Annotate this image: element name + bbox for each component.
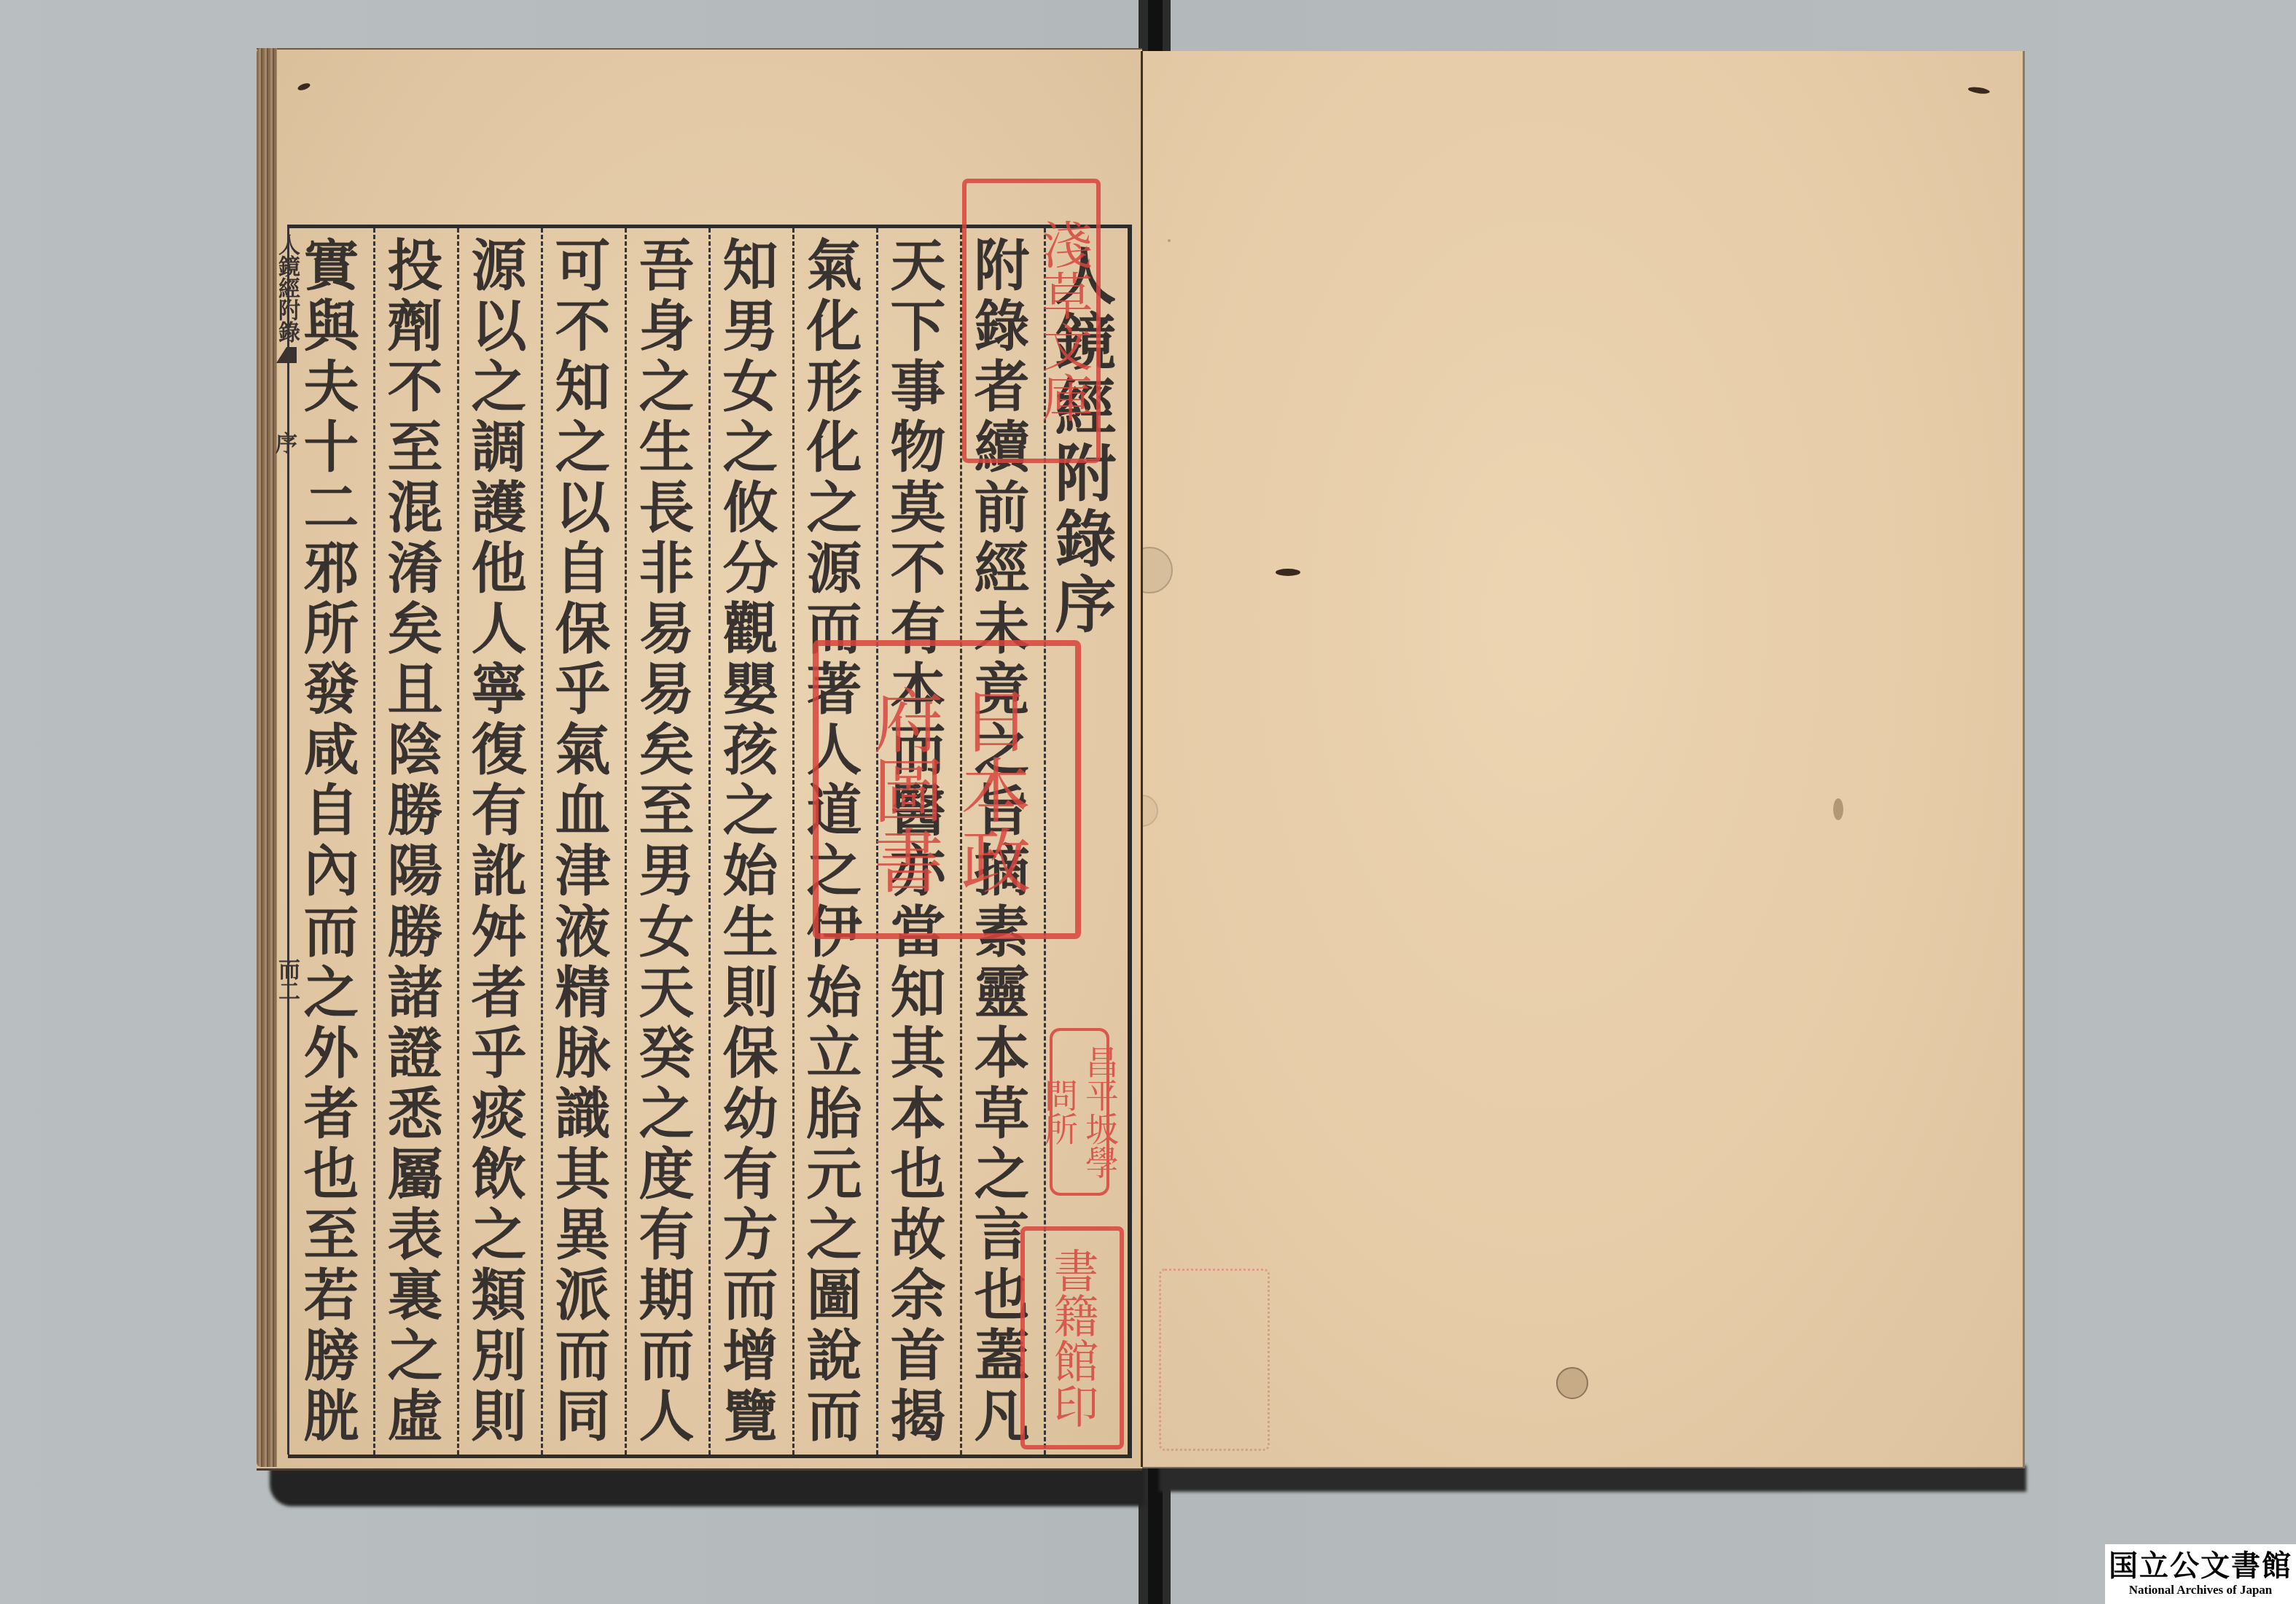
character: 女 <box>723 358 778 416</box>
character: 屬 <box>388 1145 443 1204</box>
character: 吾 <box>639 237 695 295</box>
character: 首 <box>891 1327 946 1385</box>
logo-japanese-text: 国立公文書館 <box>2109 1550 2292 1582</box>
character: 津 <box>555 842 611 900</box>
character: 十 <box>304 418 359 477</box>
character: 幼 <box>723 1085 778 1143</box>
character: 投 <box>388 237 443 295</box>
character: 始 <box>723 842 778 900</box>
character: 長 <box>639 479 695 537</box>
character: 悉 <box>388 1085 443 1143</box>
character: 精 <box>555 964 611 1022</box>
character: 則 <box>472 1387 527 1446</box>
character: 則 <box>723 964 778 1022</box>
character: 可 <box>555 237 611 295</box>
text-column: 投劑不至混淆矣且陰勝陽勝諸證悉屬表裏之虛 <box>373 228 457 1455</box>
character: 之 <box>304 964 359 1022</box>
character: 血 <box>555 782 611 840</box>
character: 前 <box>975 479 1030 537</box>
character: 期 <box>639 1266 695 1325</box>
character: 之 <box>975 1145 1030 1204</box>
right-page <box>1142 51 2025 1468</box>
character: 知 <box>555 358 611 416</box>
character: 自 <box>304 782 359 840</box>
character: 始 <box>807 964 862 1022</box>
character: 復 <box>472 721 527 779</box>
character: 不 <box>388 358 443 416</box>
character: 至 <box>388 418 443 477</box>
text-column: 知男女之攸分觀嬰孩之始生則保幼有方而增覽 <box>708 228 792 1455</box>
character: 女 <box>639 903 695 962</box>
character: 元 <box>807 1145 862 1204</box>
character: 同 <box>555 1387 611 1446</box>
character: 之 <box>807 1206 862 1264</box>
character: 而 <box>304 903 359 962</box>
character: 之 <box>472 1206 527 1264</box>
text-column: 吾身之生長非易易矣至男女天癸之度有期而人 <box>625 228 708 1455</box>
character: 之 <box>639 1085 695 1143</box>
character: 而 <box>555 1327 611 1385</box>
character: 經 <box>975 540 1030 598</box>
character: 不 <box>891 540 946 598</box>
character: 本 <box>975 1024 1030 1083</box>
text-column: 可不知之以自保乎氣血津液精脉識其異派而同 <box>541 228 625 1455</box>
character: 表 <box>388 1206 443 1264</box>
character: 之 <box>723 782 778 840</box>
character: 實 <box>304 237 359 295</box>
character: 而 <box>723 1266 778 1325</box>
character: 護 <box>472 479 527 537</box>
character: 異 <box>555 1206 611 1264</box>
character: 也 <box>304 1145 359 1204</box>
character: 陽 <box>388 842 443 900</box>
character: 若 <box>304 1266 359 1325</box>
character: 胱 <box>304 1387 359 1446</box>
character: 內 <box>304 842 359 900</box>
character: 且 <box>388 661 443 719</box>
character: 度 <box>639 1145 695 1204</box>
character: 有 <box>639 1206 695 1264</box>
character: 以 <box>472 297 527 356</box>
character: 劑 <box>388 297 443 356</box>
character: 裏 <box>388 1266 443 1325</box>
character: 天 <box>639 964 695 1022</box>
character: 諸 <box>388 964 443 1022</box>
character: 脉 <box>555 1024 611 1083</box>
character: 不 <box>555 297 611 356</box>
character: 草 <box>975 1085 1030 1143</box>
character: 余 <box>891 1266 946 1325</box>
character: 增 <box>723 1327 778 1385</box>
character: 邪 <box>304 540 359 598</box>
character: 觀 <box>723 600 778 658</box>
character: 之 <box>723 418 778 477</box>
character: 之 <box>472 358 527 416</box>
character: 方 <box>723 1206 778 1264</box>
character: 訛 <box>472 842 527 900</box>
character: 男 <box>723 297 778 356</box>
character: 立 <box>807 1024 862 1083</box>
logo-english-text: National Archives of Japan <box>2129 1582 2273 1598</box>
character: 知 <box>723 237 778 295</box>
seal-asakusa-bunko: 淺草文庫 <box>962 179 1101 463</box>
character: 者 <box>304 1085 359 1143</box>
character: 夫 <box>304 358 359 416</box>
character: 淆 <box>388 540 443 598</box>
character: 非 <box>639 540 695 598</box>
character: 本 <box>891 1085 946 1143</box>
character: 咸 <box>304 721 359 779</box>
character: 生 <box>723 903 778 962</box>
page-shadow-right <box>1159 1465 2026 1492</box>
character: 以 <box>555 479 611 537</box>
character: 保 <box>723 1024 778 1083</box>
character: 身 <box>639 297 695 356</box>
character: 之 <box>807 479 862 537</box>
national-archives-logo: 国立公文書館 National Archives of Japan <box>2105 1544 2296 1604</box>
text-column: 實與夫十二邪所發咸自內而之外者也至若膀胱 <box>289 228 373 1455</box>
character: 矣 <box>388 600 443 658</box>
text-column: 源以之調護他人寧復有訛舛者乎痰飲之類別則 <box>457 228 541 1455</box>
character: 其 <box>555 1145 611 1204</box>
character: 所 <box>304 600 359 658</box>
character: 有 <box>472 782 527 840</box>
wormhole-mark <box>1276 569 1300 576</box>
character: 至 <box>304 1206 359 1264</box>
character: 與 <box>304 297 359 356</box>
character: 知 <box>891 964 946 1022</box>
character: 膀 <box>304 1327 359 1385</box>
character: 分 <box>723 540 778 598</box>
character: 識 <box>555 1085 611 1143</box>
character: 而 <box>807 1387 862 1446</box>
character: 天 <box>891 237 946 295</box>
character: 矣 <box>639 721 695 779</box>
character: 其 <box>891 1024 946 1083</box>
character: 靈 <box>975 964 1030 1022</box>
character: 人 <box>639 1387 695 1446</box>
character: 痰 <box>472 1085 527 1143</box>
character: 覽 <box>723 1387 778 1446</box>
character: 有 <box>723 1145 778 1204</box>
character: 而 <box>639 1327 695 1385</box>
character: 之 <box>639 358 695 416</box>
seal-faint-offset <box>1159 1269 1270 1451</box>
character: 乎 <box>472 1024 527 1083</box>
character: 證 <box>388 1024 443 1083</box>
character: 類 <box>472 1266 527 1325</box>
character: 外 <box>304 1024 359 1083</box>
character: 氣 <box>807 237 862 295</box>
character: 攸 <box>723 479 778 537</box>
character: 發 <box>304 661 359 719</box>
character: 自 <box>555 540 611 598</box>
character: 之 <box>555 418 611 477</box>
character: 也 <box>891 1145 946 1204</box>
character: 易 <box>639 661 695 719</box>
character: 形 <box>807 358 862 416</box>
page-shadow-left <box>270 1465 1144 1506</box>
character: 陰 <box>388 721 443 779</box>
character: 男 <box>639 842 695 900</box>
character: 派 <box>555 1266 611 1325</box>
character: 化 <box>807 297 862 356</box>
character: 錄 <box>1055 508 1116 571</box>
character: 勝 <box>388 903 443 962</box>
character: 氣 <box>555 721 611 779</box>
page-fold-line <box>1141 51 1143 1467</box>
character: 液 <box>555 903 611 962</box>
character: 混 <box>388 479 443 537</box>
character: 他 <box>472 540 527 598</box>
seal-government-library: 日本政府圖書 <box>813 640 1081 939</box>
character: 癸 <box>639 1024 695 1083</box>
character: 飲 <box>472 1145 527 1204</box>
wormhole-mark <box>1556 1367 1588 1399</box>
character: 虛 <box>388 1387 443 1446</box>
character: 生 <box>639 418 695 477</box>
character: 化 <box>807 418 862 477</box>
character: 莫 <box>891 479 946 537</box>
character: 胎 <box>807 1085 862 1143</box>
wormhole-mark <box>1833 798 1843 820</box>
character: 源 <box>807 540 862 598</box>
character: 序 <box>1055 574 1116 636</box>
seal-shoheizaka: 昌平坂學問所 <box>1050 1028 1109 1196</box>
character: 孩 <box>723 721 778 779</box>
character: 源 <box>472 237 527 295</box>
character: 故 <box>891 1206 946 1264</box>
character: 者 <box>472 964 527 1022</box>
character: 調 <box>472 418 527 477</box>
seal-shojakukan: 書籍館印 <box>1020 1226 1124 1449</box>
character: 舛 <box>472 903 527 962</box>
character: 之 <box>388 1327 443 1385</box>
character: 寧 <box>472 661 527 719</box>
character: 保 <box>555 600 611 658</box>
character: 圖 <box>807 1266 862 1325</box>
character: 至 <box>639 782 695 840</box>
character: 嬰 <box>723 661 778 719</box>
character: 說 <box>807 1327 862 1385</box>
character: 易 <box>639 600 695 658</box>
character: 勝 <box>388 782 443 840</box>
character: 別 <box>472 1327 527 1385</box>
character: 人 <box>472 600 527 658</box>
character: 二 <box>304 479 359 537</box>
character: 物 <box>891 418 946 477</box>
character: 揭 <box>891 1387 946 1446</box>
character: 乎 <box>555 661 611 719</box>
character: 下 <box>891 297 946 356</box>
character: 事 <box>891 358 946 416</box>
